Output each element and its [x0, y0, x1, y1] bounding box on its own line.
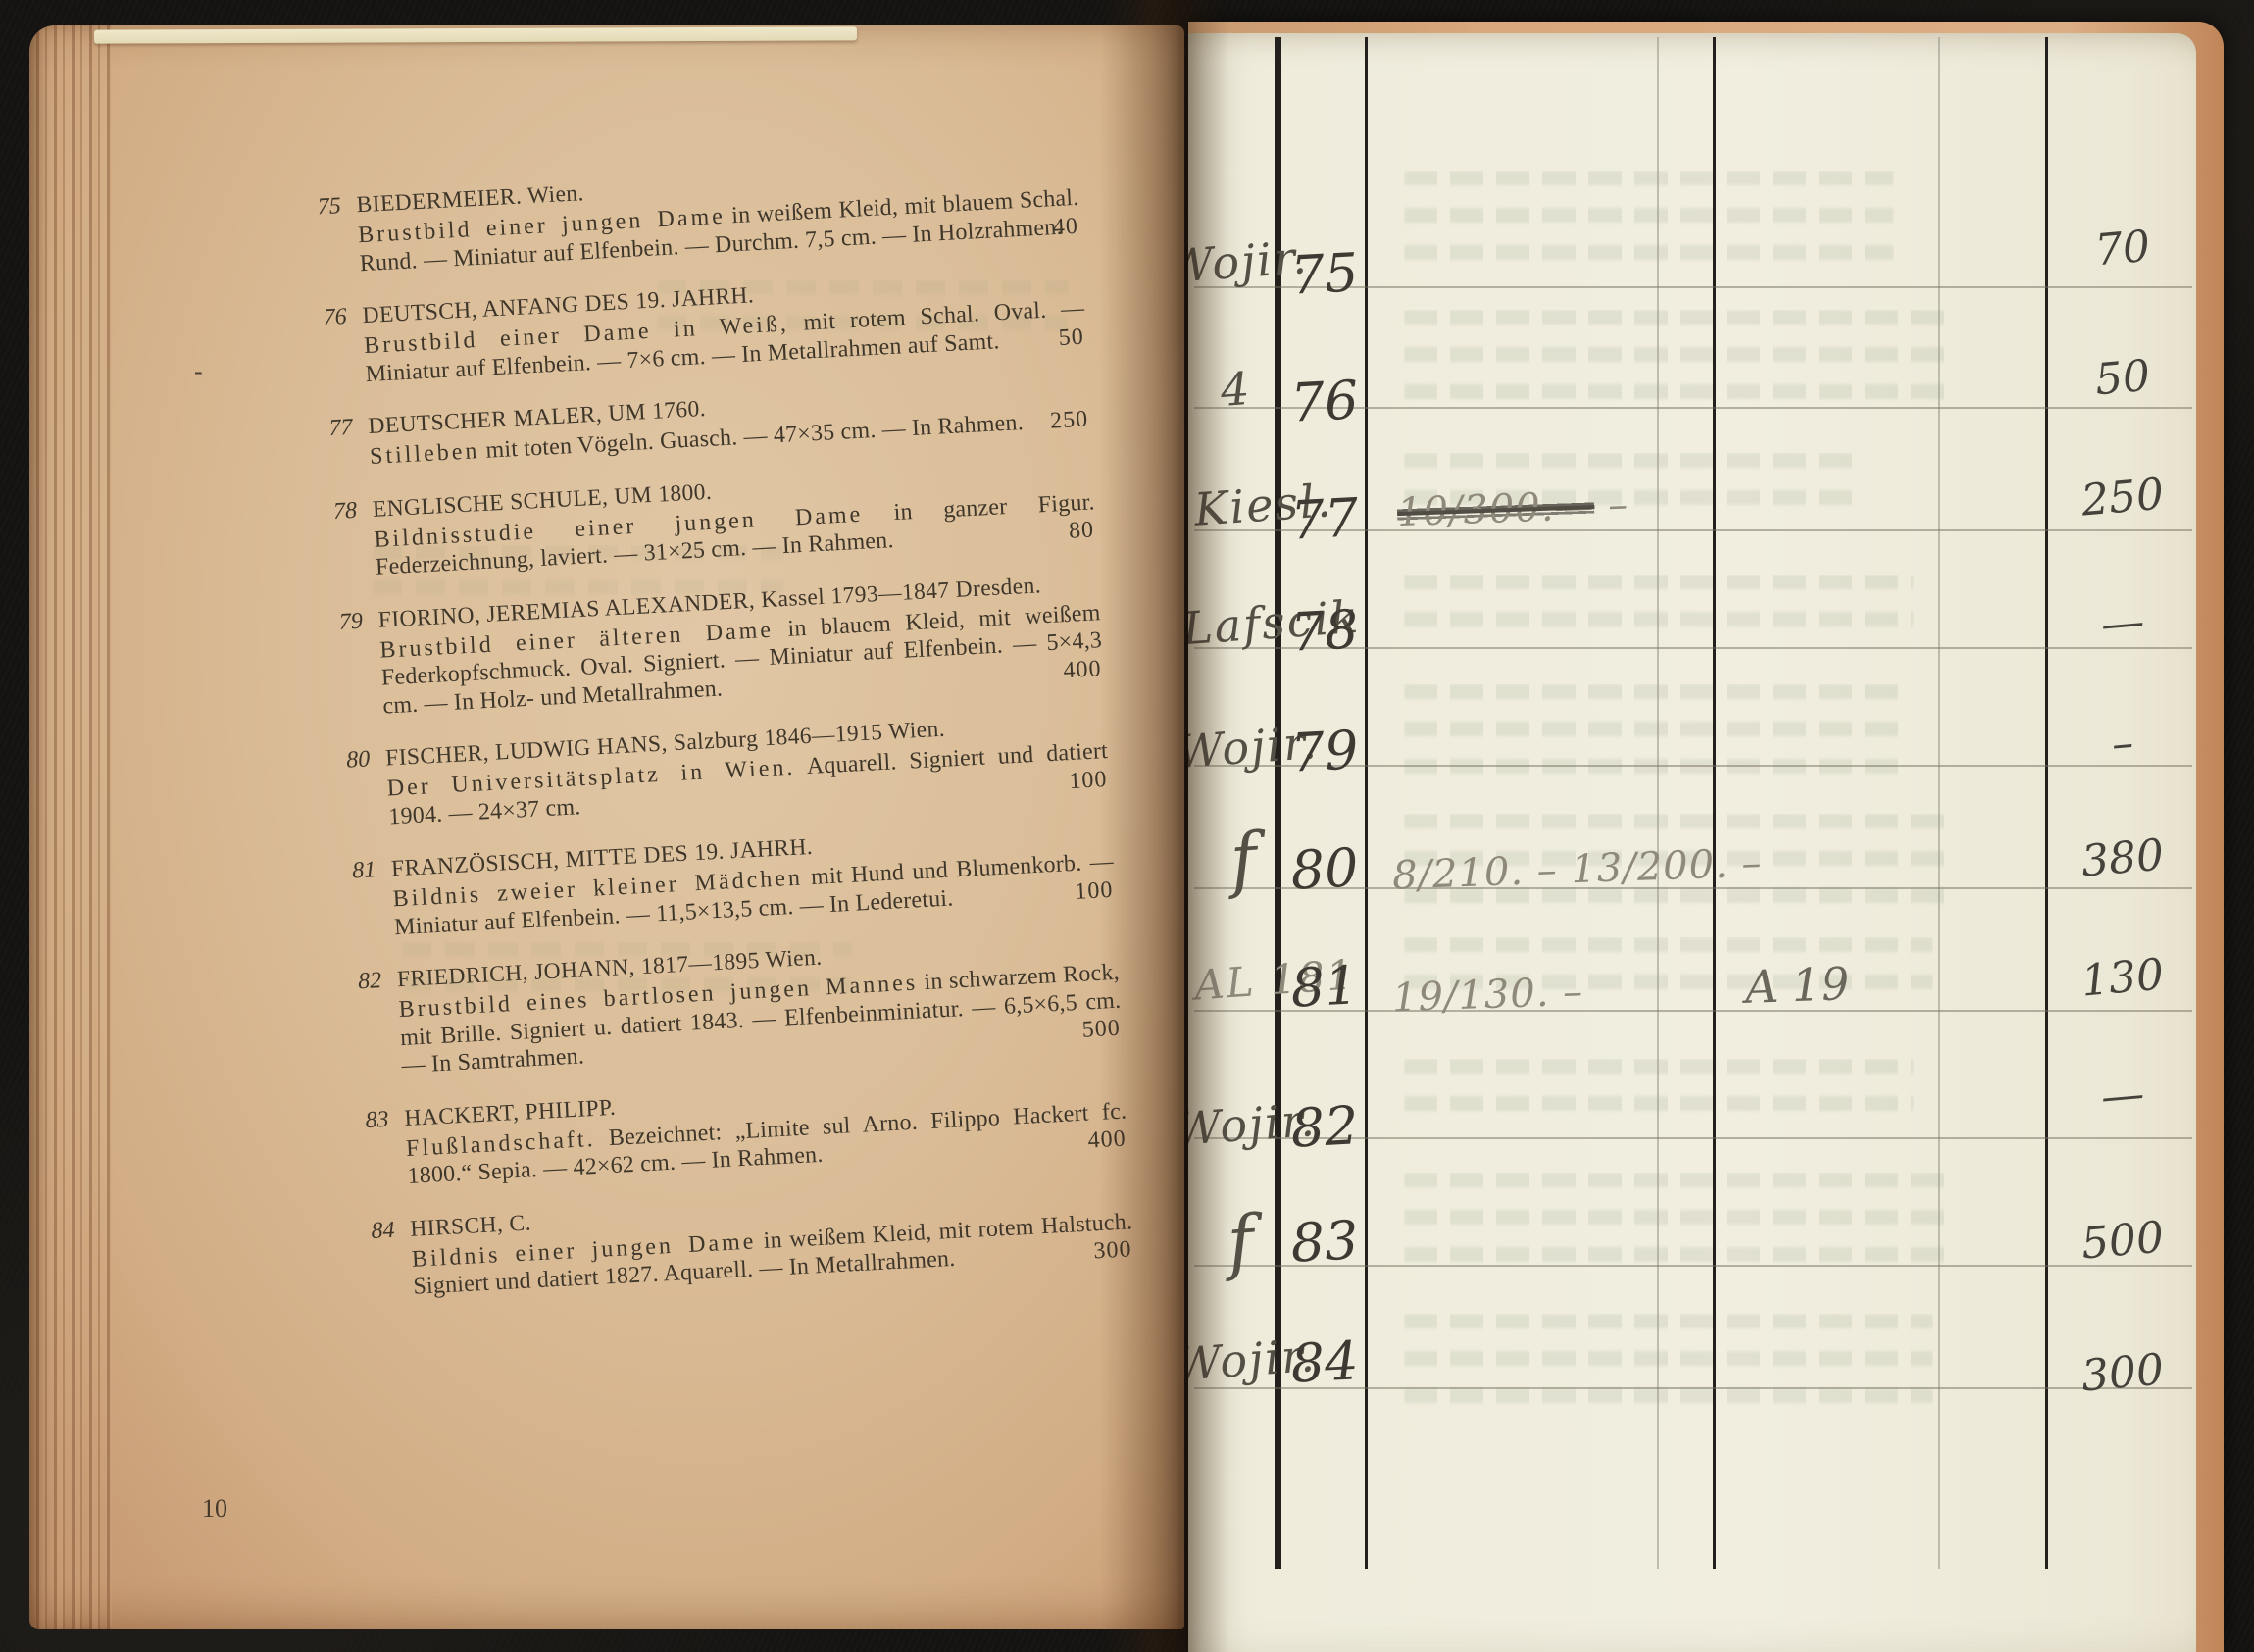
lot-number: 80	[317, 744, 390, 835]
ledger-lot: 82	[1277, 1094, 1371, 1161]
page-edge-stack	[29, 25, 112, 1629]
lot-number: 78	[303, 494, 376, 585]
page-number: 10	[202, 1494, 227, 1524]
entry-estimate: 40	[1052, 212, 1078, 241]
entry-emphasis: Stilleben	[369, 438, 480, 470]
entry-estimate: 400	[1063, 655, 1102, 685]
lot-number: 79	[309, 605, 383, 724]
lot-number: 76	[293, 301, 367, 392]
ledger-price: 380	[2052, 827, 2193, 889]
catalog-entry: 76 DEUTSCH, ANFANG DES 19. JAHRH. Brustb…	[293, 264, 1087, 392]
lot-number: 82	[327, 965, 402, 1083]
ledger-rule-vertical-faint	[1938, 37, 1940, 1569]
ledger-note: 10/300.— –	[1396, 482, 1629, 535]
entry-body: BIEDERMEIER. Wien. Brustbild einer junge…	[356, 153, 1081, 277]
catalog-entry: 80 FISCHER, LUDWIG HANS, Salzburg 1846—1…	[317, 706, 1111, 834]
entry-body: FRIEDRICH, JOHANN, 1817—1895 Wien. Brust…	[396, 927, 1123, 1080]
underpage-edge	[94, 26, 857, 43]
ledger-price: 500	[2052, 1210, 2193, 1272]
ledger-price: —	[2052, 1065, 2193, 1126]
entry-body: DEUTSCH, ANFANG DES 19. JAHRH. Brustbild…	[362, 264, 1087, 388]
catalog-page: - 75 BIEDERMEIER. Wien. Brustbild einer …	[29, 25, 1184, 1629]
catalog-entry: 84 HIRSCH, C. Bildnis einer jungen Dame …	[341, 1176, 1135, 1305]
ledger-lot: 76	[1277, 369, 1371, 435]
ledger-lot: 78	[1277, 598, 1371, 665]
entry-body: ENGLISCHE SCHULE, UM 1800. Bildnisstudie…	[372, 457, 1097, 581]
lot-number: 77	[299, 412, 371, 475]
lot-number: 75	[287, 190, 361, 281]
ledger-price: 50	[2052, 347, 2193, 409]
ledger-name: f	[1227, 817, 1261, 901]
ledger-lot: 77	[1277, 486, 1371, 553]
show-through-text	[1404, 1173, 1953, 1267]
ledger-price: 130	[2052, 947, 2193, 1009]
show-through-text	[1404, 310, 1953, 404]
entry-body: FISCHER, LUDWIG HANS, Salzburg 1846—1915…	[384, 706, 1110, 830]
catalog-entry: 81 FRANZÖSISCH, MITTE DES 19. JAHRH. Bil…	[322, 817, 1116, 945]
show-through-text	[1404, 171, 1894, 265]
ledger-price: 250	[2052, 467, 2193, 528]
ledger-name: 4	[1219, 362, 1253, 417]
show-through-text	[1404, 1314, 1933, 1408]
book-scan: - 75 BIEDERMEIER. Wien. Brustbild einer …	[0, 0, 2254, 1652]
lot-number: 81	[322, 854, 395, 945]
ledger-name: f	[1225, 1199, 1258, 1283]
entry-estimate: 250	[1049, 406, 1088, 436]
entry-estimate: 100	[1075, 876, 1114, 906]
entry-body: HACKERT, PHILIPP. Flußlandschaft. Bezeic…	[404, 1066, 1129, 1190]
margin-mark: -	[194, 357, 203, 386]
ledger-price: —	[2052, 592, 2193, 654]
entry-body: FIORINO, JEREMIAS ALEXANDER, Kassel 1793…	[377, 568, 1104, 721]
show-through-text	[1404, 575, 1914, 633]
entry-estimate: 80	[1068, 516, 1094, 545]
catalog-entry: 75 BIEDERMEIER. Wien. Brustbild einer ju…	[287, 153, 1081, 281]
entry-estimate: 100	[1069, 766, 1108, 796]
ledger-lot: 75	[1277, 241, 1371, 308]
catalog-entry: 78 ENGLISCHE SCHULE, UM 1800. Bildnisstu…	[303, 457, 1097, 585]
ledger-page: Wojir. 75 70 4 76 50 Kiesl. 77 10/300.— …	[1188, 33, 2196, 1652]
catalog-text-block: 75 BIEDERMEIER. Wien. Brustbild einer ju…	[287, 153, 1136, 1328]
entry-estimate: 500	[1081, 1015, 1121, 1045]
ledger-price: 70	[2052, 218, 2193, 279]
lot-number: 83	[335, 1104, 409, 1195]
lot-number: 84	[341, 1214, 415, 1305]
ledger-rule-vertical	[1713, 37, 1716, 1569]
entry-body: FRANZÖSISCH, MITTE DES 19. JAHRH. Bildni…	[390, 817, 1116, 941]
struck-price: 10/300.—	[1396, 483, 1595, 535]
ledger-lot: 84	[1277, 1329, 1371, 1396]
note-tail: –	[1594, 482, 1629, 528]
ledger-rule-vertical	[2045, 37, 2048, 1569]
catalog-entry: 83 HACKERT, PHILIPP. Flußlandschaft. Bez…	[335, 1066, 1129, 1194]
ledger-lot: 83	[1277, 1209, 1371, 1276]
entry-body: HIRSCH, C. Bildnis einer jungen Dame in …	[410, 1176, 1135, 1301]
entry-estimate: 400	[1087, 1126, 1127, 1156]
ledger-rule-vertical-faint	[1657, 37, 1659, 1569]
ledger-price: 300	[2052, 1342, 2193, 1404]
entry-body: DEUTSCHER MALER, UM 1760. Stilleben mit …	[368, 375, 1091, 472]
ledger-annotation: A 19	[1744, 957, 1850, 1014]
catalog-entry: 82 FRIEDRICH, JOHANN, 1817—1895 Wien. Br…	[327, 927, 1123, 1084]
ledger-lot: 80	[1277, 836, 1371, 903]
ledger-note: 19/130. –	[1391, 970, 1584, 1022]
catalog-entry: 79 FIORINO, JEREMIAS ALEXANDER, Kassel 1…	[309, 568, 1104, 725]
show-through-text	[1404, 1059, 1914, 1118]
catalog-entry: 77 DEUTSCHER MALER, UM 1760. Stilleben m…	[299, 375, 1091, 476]
ledger-lot: 81	[1277, 954, 1371, 1021]
entry-estimate: 300	[1093, 1235, 1132, 1266]
ledger-lot: 79	[1277, 719, 1371, 785]
entry-estimate: 50	[1058, 323, 1084, 352]
